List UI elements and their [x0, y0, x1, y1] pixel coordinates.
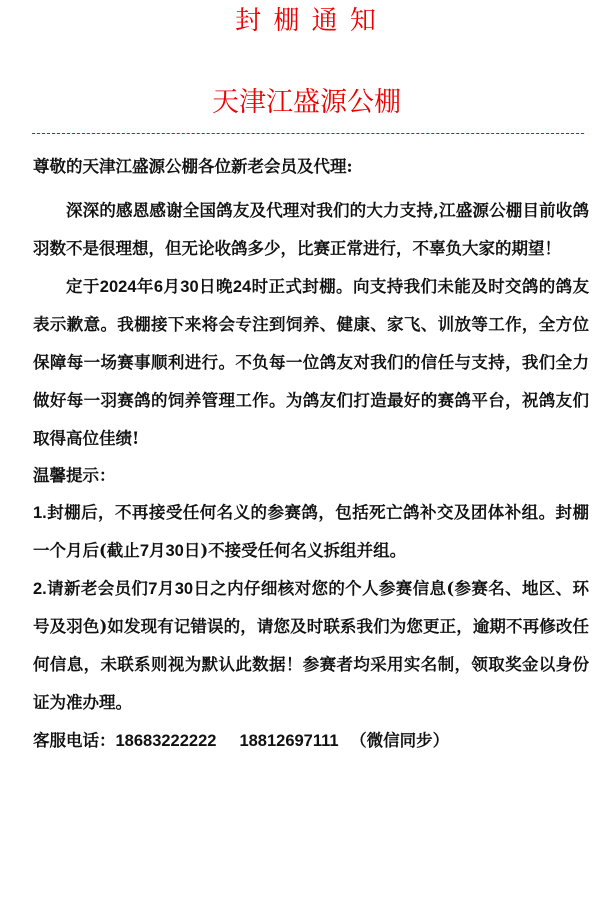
notice-title: 封 棚 通 知	[0, 2, 613, 40]
month-number: 6	[154, 278, 163, 296]
text: 请新老会员们	[47, 579, 149, 598]
tip-number: 2.	[33, 580, 47, 598]
contact-line: 客服电话：18683222222 18812697111 （微信同步）	[33, 722, 589, 760]
spacer	[216, 731, 239, 750]
phone-number-2[interactable]: 18812697111	[239, 732, 338, 750]
red-dashed-divider	[32, 133, 584, 134]
text: 月	[157, 579, 174, 598]
text: 时正式封棚。向支持我们未能及时交鸽的鸽友表示歉意。我棚接下来将会专注到饲养、健康…	[33, 277, 589, 448]
month-number: 7	[140, 542, 149, 560]
text: 年	[137, 277, 154, 296]
phone-number-1[interactable]: 18683222222	[116, 732, 217, 750]
tip-2: 2.请新老会员们7月30日之内仔细核对您的个人参赛信息(参赛名、地区、环号及羽色…	[33, 570, 589, 722]
year-number: 2024	[100, 278, 137, 296]
hour-number: 24	[233, 278, 251, 296]
paragraph-closing-date: 定于2024年6月30日晚24时正式封棚。向支持我们未能及时交鸽的鸽友表示歉意。…	[33, 268, 589, 458]
contact-label: 客服电话：	[33, 731, 116, 750]
text: 月	[149, 541, 166, 560]
organization-name: 天津江盛源公棚	[0, 84, 613, 122]
day-number: 30	[180, 278, 198, 296]
text: 日)不接受任何名义拆组并组。	[184, 541, 406, 560]
tip-number: 1.	[33, 504, 47, 522]
notice-body: 尊敬的天津江盛源公棚各位新老会员及代理: 深深的感恩感谢全国鸽友及代理对我们的大…	[33, 148, 589, 760]
day-number: 30	[166, 542, 184, 560]
day-number: 30	[175, 580, 193, 598]
paragraph-thanks: 深深的感恩感谢全国鸽友及代理对我们的大力支持,江盛源公棚目前收鸽羽数不是很理想，…	[33, 192, 589, 268]
text: 日之内仔细核对您的个人参赛信息(参赛名、地区、环号及羽色)如发现有记错误的，请您…	[33, 579, 589, 712]
text: 日晚	[199, 277, 233, 296]
tips-heading: 温馨提示：	[33, 458, 589, 494]
tip-1: 1.封棚后，不再接受任何名义的参赛鸽，包括死亡鸽补交及团体补组。封棚一个月后(截…	[33, 494, 589, 570]
spacer	[339, 731, 351, 750]
greeting: 尊敬的天津江盛源公棚各位新老会员及代理:	[33, 148, 589, 186]
wechat-note: （微信同步）	[350, 731, 449, 750]
text: 定于	[66, 277, 100, 296]
text: 月	[163, 277, 180, 296]
